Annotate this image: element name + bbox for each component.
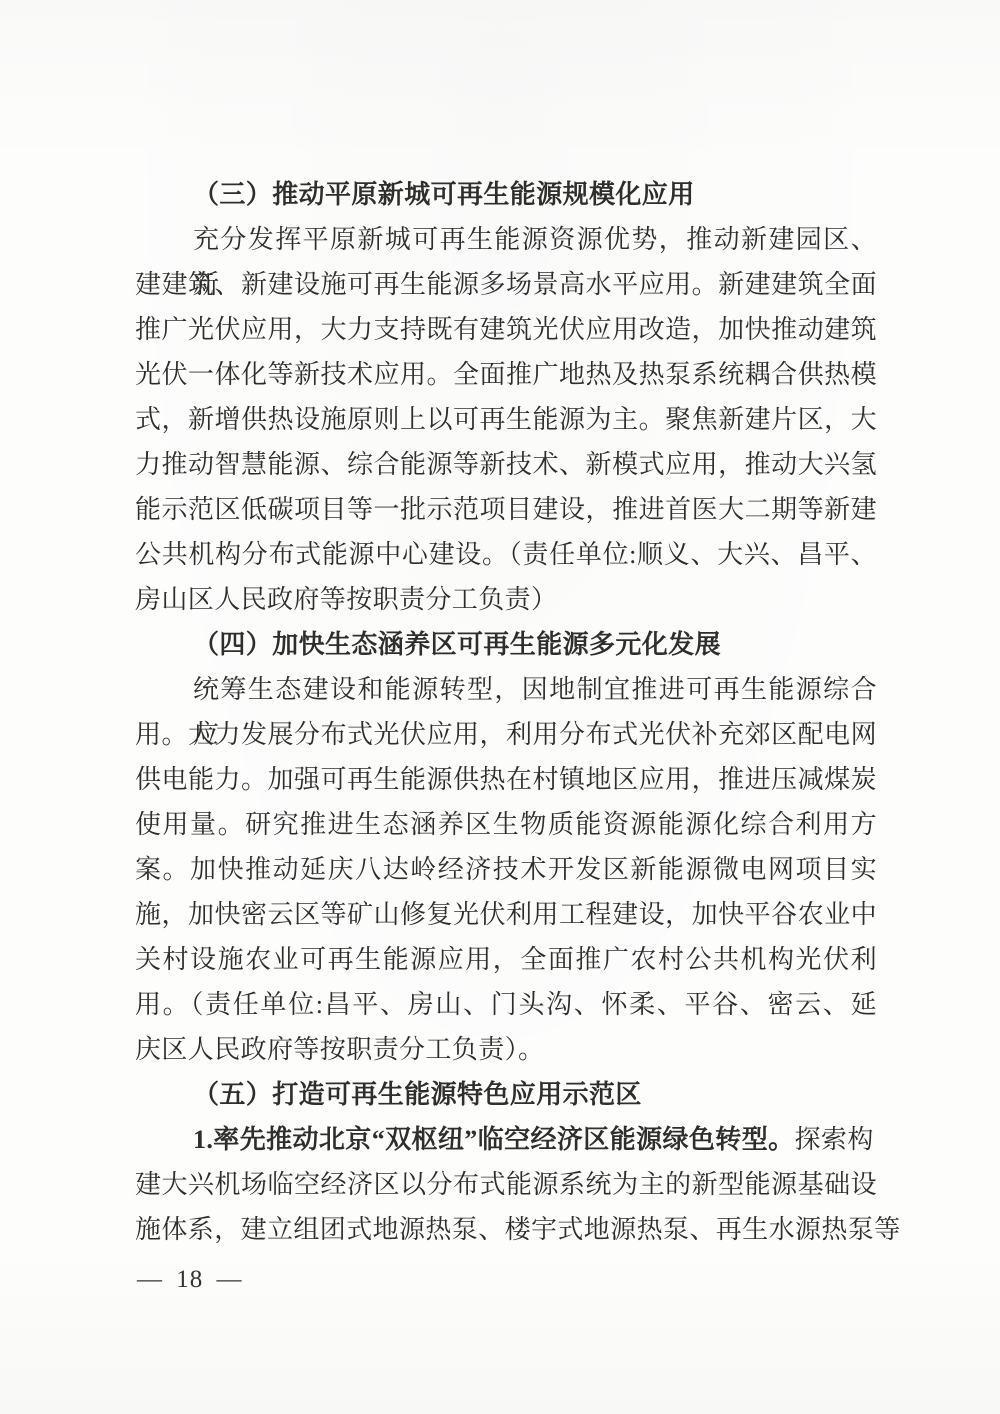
text-line: 光伏一体化等新技术应用。全面推广地热及热泵系统耦合供热模: [135, 352, 877, 397]
text-segment: 供电能力。加强可再生能源供热在村镇地区应用，推进压减煤炭: [135, 765, 877, 794]
text-line: 建建筑、新建设施可再生能源多场景高水平应用。新建建筑全面: [135, 262, 877, 307]
text-line: 充分发挥平原新城可再生能源资源优势，推动新建园区、新: [135, 217, 877, 262]
text-line: 房山区人民政府等按职责分工负责）: [135, 577, 877, 622]
page-number: — 18 —: [137, 1257, 243, 1302]
text-line: 案。加快推动延庆八达岭经济技术开发区新能源微电网项目实: [135, 847, 877, 892]
text-segment: 推广光伏应用，大力支持既有建筑光伏应用改造，加快推动建筑: [135, 315, 877, 344]
text-segment: 庆区人民政府等按职责分工负责）。: [135, 1035, 544, 1064]
text-segment: 施，加快密云区等矿山修复光伏利用工程建设，加快平谷农业中: [135, 900, 877, 929]
text-segment: 探索构: [795, 1125, 874, 1154]
text-line: 推广光伏应用，大力支持既有建筑光伏应用改造，加快推动建筑: [135, 307, 877, 352]
text-line: 施体系，建立组团式地源热泵、楼宇式地源热泵、再生水源热泵等: [135, 1207, 877, 1252]
text-segment: 施体系，建立组团式地源热泵、楼宇式地源热泵、再生水源热泵等: [135, 1215, 901, 1244]
text-segment: （责任单位:昌平、房山、门头沟、怀柔、平谷、密云、延: [190, 990, 877, 1019]
text-segment: 1.率先推动北京“双枢纽”临空经济区能源绿色转型。: [193, 1125, 795, 1154]
text-segment: 案。加快推动延庆八达岭经济技术开发区新能源微电网项目实: [135, 855, 877, 884]
text-segment: （责任单位:顺义、大兴、昌平、: [509, 540, 877, 569]
text-line: 建大兴机场临空经济区以分布式能源系统为主的新型能源基础设: [135, 1162, 877, 1207]
text-line: 关村设施农业可再生能源应用，全面推广农村公共机构光伏利: [135, 937, 877, 982]
text-line: （五）打造可再生能源特色应用示范区: [135, 1072, 877, 1117]
text-line: 1.率先推动北京“双枢纽”临空经济区能源绿色转型。探索构: [135, 1117, 877, 1162]
text-line: 力推动智慧能源、综合能源等新技术、新模式应用，推动大兴氢: [135, 442, 877, 487]
text-line: 用。（责任单位:昌平、房山、门头沟、怀柔、平谷、密云、延: [135, 982, 877, 1027]
text-segment: 公共机构分布式能源中心建设。: [135, 540, 509, 569]
document-body: （三）推动平原新城可再生能源规模化应用充分发挥平原新城可再生能源资源优势，推动新…: [135, 172, 877, 1252]
text-line: 使用量。研究推进生态涵养区生物质能资源能源化综合利用方: [135, 802, 877, 847]
text-segment: 建大兴机场临空经济区以分布式能源系统为主的新型能源基础设: [135, 1170, 877, 1199]
text-line: 施，加快密云区等矿山修复光伏利用工程建设，加快平谷农业中: [135, 892, 877, 937]
document-page: （三）推动平原新城可再生能源规模化应用充分发挥平原新城可再生能源资源优势，推动新…: [0, 0, 1000, 1414]
text-line: （三）推动平原新城可再生能源规模化应用: [135, 172, 877, 217]
text-segment: 关村设施农业可再生能源应用，全面推广农村公共机构光伏利: [135, 945, 877, 974]
text-segment: （五）打造可再生能源特色应用示范区: [193, 1080, 642, 1109]
text-segment: 力推动智慧能源、综合能源等新技术、新模式应用，推动大兴氢: [135, 450, 877, 479]
text-line: 公共机构分布式能源中心建设。（责任单位:顺义、大兴、昌平、: [135, 532, 877, 577]
text-segment: 光伏一体化等新技术应用。全面推广地热及热泵系统耦合供热模: [135, 360, 877, 389]
text-segment: 建建筑、新建设施可再生能源多场景高水平应用。新建建筑全面: [135, 270, 877, 299]
text-segment: 能示范区低碳项目等一批示范项目建设，推进首医大二期等新建: [135, 495, 877, 524]
text-line: 用。大力发展分布式光伏应用，利用分布式光伏补充郊区配电网: [135, 712, 877, 757]
text-segment: 用。大力发展分布式光伏应用，利用分布式光伏补充郊区配电网: [135, 720, 877, 749]
text-segment: （三）推动平原新城可再生能源规模化应用: [193, 180, 695, 209]
text-line: 庆区人民政府等按职责分工负责）。: [135, 1027, 877, 1072]
text-segment: 式，新增供热设施原则上以可再生能源为主。聚焦新建片区，大: [135, 405, 877, 434]
text-line: （四）加快生态涵养区可再生能源多元化发展: [135, 622, 877, 667]
text-segment: 房山区人民政府等按职责分工负责）: [135, 585, 557, 614]
text-line: 式，新增供热设施原则上以可再生能源为主。聚焦新建片区，大: [135, 397, 877, 442]
text-line: 供电能力。加强可再生能源供热在村镇地区应用，推进压减煤炭: [135, 757, 877, 802]
text-segment: 用。: [135, 990, 190, 1019]
text-line: 能示范区低碳项目等一批示范项目建设，推进首医大二期等新建: [135, 487, 877, 532]
text-segment: 使用量。研究推进生态涵养区生物质能资源能源化综合利用方: [135, 810, 877, 839]
text-line: 统筹生态建设和能源转型，因地制宜推进可再生能源综合应: [135, 667, 877, 712]
text-segment: （四）加快生态涵养区可再生能源多元化发展: [193, 630, 721, 659]
